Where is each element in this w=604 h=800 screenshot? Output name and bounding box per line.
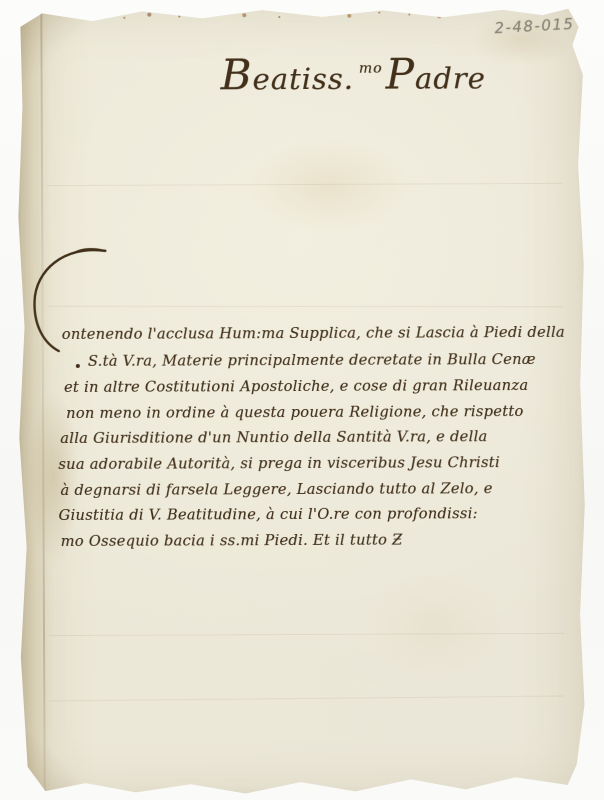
top-edge-rust-speckles (58, 14, 60, 16)
heading-word-padre: Padre (385, 49, 485, 98)
heading-superscript: mo (359, 61, 383, 77)
letter-line: S.tà V.ra, Materie principalmente decret… (88, 350, 536, 372)
letter-line: non meno in ordine à questa pouera Relig… (66, 402, 524, 424)
pencil-shelf-mark: 2-48-015 (494, 15, 575, 38)
paper-wrinkle (49, 633, 564, 636)
letter-line: sua adorabile Autorità, si prega in visc… (58, 453, 500, 475)
letter-line: ontenendo l'acclusa Hum:ma Supplica, che… (62, 323, 565, 345)
letter-line: Giustitia di V. Beatitudine, à cui l'O.r… (58, 504, 477, 526)
top-left-corner-crease (12, 7, 92, 81)
letter-heading: Beatiss.moPadre (220, 49, 485, 99)
manuscript-paper: 2-48-015 Beatiss.moPadre ontenendo l'acc… (12, 5, 587, 795)
letter-line: mo Ossequio bacia i ss.mi Piedi. Et il t… (61, 531, 403, 552)
paper-wrinkle (47, 183, 562, 186)
paper-stain (335, 550, 536, 701)
left-fold-shadow (12, 7, 51, 795)
letter-line: à degnarsi di farsela Leggere, Lasciando… (60, 479, 492, 501)
heading-word-beatissimo: Beatiss. (220, 50, 353, 100)
bottom-left-corner-fold (17, 733, 87, 793)
paper-wrinkle (50, 696, 565, 702)
paper-stain (213, 120, 444, 251)
letter-line: alla Giurisditione d'un Nuntio della San… (60, 427, 487, 449)
letter-line: et in altre Costitutioni Apostoliche, e … (64, 376, 528, 398)
ink-blot-dot (76, 364, 80, 368)
photo-background: 2-48-015 Beatiss.moPadre ontenendo l'acc… (0, 0, 604, 800)
